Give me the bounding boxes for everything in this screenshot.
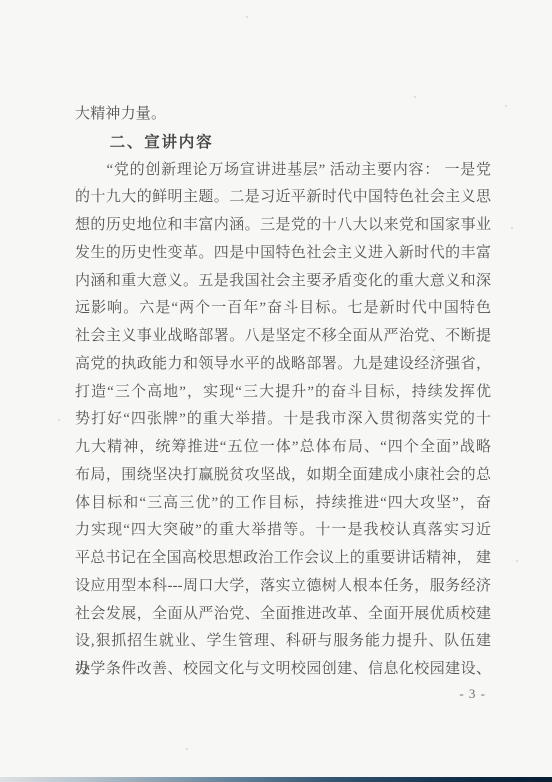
scan-speck bbox=[516, 560, 518, 562]
body-text-line: 发生的历史性变革。四是中国特色社会主义进入新时代的丰富 bbox=[75, 240, 491, 268]
body-text-line: 内涵和重大意义。五是我国社会主要矛盾变化的重大意义和深 bbox=[75, 268, 491, 296]
body-text-line: 想的历史地位和丰富内涵。三是党的十八大以来党和国家事业 bbox=[75, 212, 491, 240]
body-text-line: 布局，围绕坚决打赢脱贫攻坚战，如期全面建成小康社会的总 bbox=[75, 462, 491, 490]
body-text-line: 力实现“四大突破”的重大举措等。十一是我校认真落实习近 bbox=[75, 517, 491, 545]
body-text-line: 平总书记在全国高校思想政治工作会议上的重要讲话精神， 建 bbox=[75, 545, 491, 573]
body-text-line: 社会发展，全面从严治党、全面推进改革、全面开展优质校建 bbox=[75, 601, 491, 629]
body-text-line: “党的创新理论万场宣讲进基层” 活动主要内容： 一是党 bbox=[75, 157, 491, 185]
body-text-line: 设应用型本科---周口大学，落实立德树人根本任务，服务经济 bbox=[75, 573, 491, 601]
document-page: 大精神力量。 二、宣讲内容 “党的创新理论万场宣讲进基层” 活动主要内容： 一是… bbox=[0, 0, 552, 782]
scan-speck bbox=[511, 227, 513, 229]
document-body: 大精神力量。 二、宣讲内容 “党的创新理论万场宣讲进基层” 活动主要内容： 一是… bbox=[75, 101, 491, 684]
body-text-line: 远影响。六是“两个一百年”奋斗目标。七是新时代中国特色 bbox=[75, 295, 491, 323]
scan-speck bbox=[505, 105, 507, 107]
body-text-line: 社会主义事业战略部署。八是坚定不移全面从严治党、不断提 bbox=[75, 323, 491, 351]
scan-speck bbox=[186, 748, 188, 750]
scan-speck bbox=[58, 419, 60, 421]
body-text-line: 大精神力量。 bbox=[75, 101, 491, 129]
body-text-line: 九大精神，统筹推进“五位一体”总体布局、“四个全面”战略 bbox=[75, 434, 491, 462]
scan-speck bbox=[84, 186, 86, 188]
page-number: - 3 - bbox=[459, 686, 486, 702]
body-text-line: 设,狠抓招生就业、学生管理、科研与服务能力提升、队伍建设、 bbox=[75, 628, 491, 656]
body-text-line: 高党的执政能力和领导水平的战略部署。九是建设经济强省， bbox=[75, 351, 491, 379]
body-text-line: 打造“三个高地”，实现“三大提升”的奋斗目标，持续发挥优 bbox=[75, 379, 491, 407]
body-text-line: 势打好“四张牌”的重大举措。十是我市深入贯彻落实党的十 bbox=[75, 406, 491, 434]
body-text-line: 办学条件改善、校园文化与文明校园创建、信息化校园建设、 bbox=[75, 656, 491, 684]
scan-speck bbox=[246, 16, 248, 18]
section-heading: 二、宣讲内容 bbox=[75, 129, 491, 157]
scan-edge-artifact bbox=[0, 777, 552, 782]
body-text-line: 体目标和“三高三优”的工作目标，持续推进“四大攻坚”，奋 bbox=[75, 490, 491, 518]
body-text-line: 的十九大的鲜明主题。二是习近平新时代中国特色社会主义思 bbox=[75, 184, 491, 212]
scan-speck bbox=[433, 349, 435, 351]
scan-speck bbox=[414, 96, 416, 98]
